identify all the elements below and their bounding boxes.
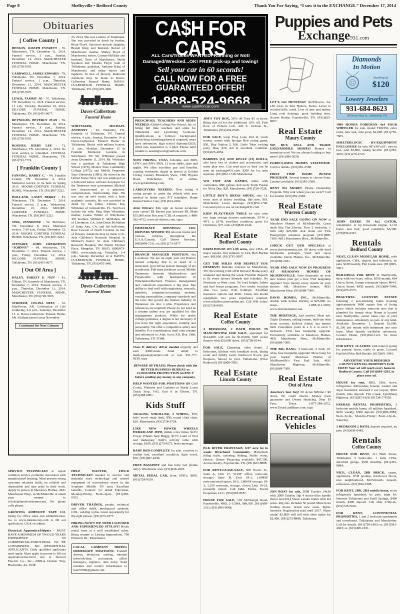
classified-ad: SERVICE TECHNICIAN to repair common serv… xyxy=(8,470,66,508)
obituary-county-header: [ Coffee County ] xyxy=(12,38,66,44)
obituary-entry: FANNING, HARRY C. - 84, Franklin County,… xyxy=(12,174,66,193)
classified-column-5: LET’S GO HUNTING!! $2,950/acre, 24-130 a… xyxy=(270,54,331,614)
classified-ad: BUILDINGS FOR RENT in Shelbyville, shop … xyxy=(336,273,397,292)
classified-ad: LOCAL COMPANY HIRING IMMEDIATE POSITIONS… xyxy=(71,543,129,574)
classified-ad: 3 BEDROOM 2 BATH, deposit required, no p… xyxy=(336,425,397,433)
classified-ad: YEAR END SALE NOW IN PROGRESS AT MEADOWS… xyxy=(270,266,331,293)
section-title: Real Estate xyxy=(203,369,268,378)
classified-ad: KIDS’ PLAY/TRAIN TABLE for sale, with tw… xyxy=(203,212,268,227)
classified-ad: JIM’S TOY BOX, 20% off Toys $5 or more. … xyxy=(203,117,268,132)
classified-ad: FARM HOUSE ON 1.86 acres, new CHA, all m… xyxy=(203,247,268,258)
obituary-county-header: [ Franklin County ] xyxy=(12,165,66,171)
classified-ad: NOW HIRING, CNA’s full-time and PRN, LPN… xyxy=(133,158,198,185)
land-plat-map xyxy=(270,54,331,97)
classified-column-4: JIM’S TOY BOX, 20% off Toys $5 or more. … xyxy=(200,117,268,614)
classified-ad: GET THE MILES AND RESPECT YOU DESERVE! R… xyxy=(203,262,268,308)
notice-ad: ADVERTISE YOUR BEDFORD COUNTY RENTAL PRO… xyxy=(336,359,397,378)
jewelry-ad-line2: In Motion xyxy=(338,64,395,71)
funeral-home-logo: Daves-CulbertsonFuneral Home xyxy=(71,94,125,120)
obituary-entry: 25, 2014. She was a native of Tullahoma.… xyxy=(71,36,125,92)
obituary-column-1: [ Coffee County ]BENSON, JOSEPH EVERETT … xyxy=(12,36,66,454)
classified-ad: WII UNIT AND GAMES, white with controlle… xyxy=(203,179,268,190)
classified-ad: FOR SALE, Leap Frog Leap Pad II, touch s… xyxy=(203,135,268,154)
section-subtitle: Maury County xyxy=(270,136,331,141)
classified-ad: Class D delivery driver needed urgently … xyxy=(133,346,198,361)
cash-ad-title: CA$H FOR CARS xyxy=(137,18,265,58)
cash-ad-slogan: Sell your car in 60 seconds! xyxy=(137,66,265,75)
section-header: Kids Stuff xyxy=(133,401,198,410)
classified-column-6: DiamondsIn MotionStarting at$120Lowery J… xyxy=(333,54,397,614)
river-photo xyxy=(203,385,268,444)
classified-column-1: SERVICE TECHNICIAN to repair common serv… xyxy=(8,470,66,614)
classified-ad: FREE BASSINET and free baby bed (frame o… xyxy=(133,463,198,471)
classified-ad: JON BOAT for sale, 2008 Tracker 14x36 wi… xyxy=(270,490,331,521)
ad-text: Kiddie College Pre-School, Inc. is hirin… xyxy=(135,123,196,153)
middle-section: CA$H FOR CARS ALL Cars/Trucks WANTED! Ru… xyxy=(133,14,268,614)
classified-ad: DRIVER TRAINER, people, technical and of… xyxy=(71,503,129,518)
steam-train-icon xyxy=(77,269,119,282)
section-title: Real Estate xyxy=(203,231,268,240)
section-subtitle: Coffee County xyxy=(336,445,397,450)
section-title: Rentals xyxy=(336,436,397,445)
right-classifieds: LET’S GO HUNTING!! $2,950/acre, 24-130 a… xyxy=(270,54,397,614)
classified-ad: HOUSE for rent, 3BD, 1BA, stove, refrige… xyxy=(336,381,397,400)
jewelry-brand: Lowery Jewelers xyxy=(339,95,394,104)
ad-text: - 81, Elkhart, IN, formerly of Mancheste… xyxy=(12,276,66,298)
obituary-entry: STEWART, JOHN CREIGHTON “JOHNNY” - 64, W… xyxy=(12,242,66,264)
header-rule xyxy=(270,44,397,48)
middle-classifieds: PRESCHOOL TEACHERS AND AIDES NEEDED. Kid… xyxy=(133,117,268,614)
classified-ad: THE BIG BANG, 3 bedroom, 2 bath, 16′ wid… xyxy=(270,348,331,371)
section-subtitle: Out of Area xyxy=(270,383,331,388)
section-header: Real EstateWarren County xyxy=(270,202,331,216)
ad-text: - 37, Tullahoma, TN. December 11, 2014. … xyxy=(12,97,66,115)
obituaries-section: Obituaries [ Coffee County ]BENSON, JOSE… xyxy=(8,14,129,456)
section-title: Rentals xyxy=(336,239,397,248)
cash-ad-call1: CALL NOW FOR A FREE xyxy=(137,75,265,84)
classified-ad: RENT NO MORE!! Home Ownership Program. W… xyxy=(270,187,331,198)
boat-photo xyxy=(270,434,331,488)
classified-ad: FARRAR RENTAL PROPERTIES, 2 bedroom mobi… xyxy=(336,403,397,422)
masthead-tagline: Thank You For Saying, “I saw it in the E… xyxy=(254,3,396,8)
obituary-entry: REYNOLDS, BEVERLY JEAN - 59, Manchester,… xyxy=(12,119,66,141)
classified-column-3: PRESCHOOL TEACHERS AND AIDES NEEDED. Kid… xyxy=(133,117,198,614)
obituaries-columns: [ Coffee County ]BENSON, JOSEPH EVERETT … xyxy=(9,36,128,454)
classified-ad: BABY BED-COMPLETE for sale, converts to … xyxy=(133,449,198,460)
ad-text: - 84, Franklin County, TN. December 4, 2… xyxy=(12,174,66,192)
cash-ad-url: www.cashforcar.com xyxy=(140,104,262,110)
ad-text: - 73, Manchester, TN. December 2, 2014. … xyxy=(12,144,66,162)
section-header: Real EstateMaury County xyxy=(270,127,331,141)
section-title: Real Estate xyxy=(203,311,268,320)
lowery-jewelers-ad: DiamondsIn MotionStarting at$120Lowery J… xyxy=(336,54,397,119)
ad-text: also have lots of clothes and accessorie… xyxy=(203,161,268,176)
section-title: Kids Stuff xyxy=(133,401,198,410)
newspaper-page: Page 8 Shelbyville • Bedford County Than… xyxy=(0,0,400,614)
section-header: Real EstateBedford County xyxy=(203,231,268,245)
classified-ad: FOR RENT, 2BD, 2BA mobile home, stove re… xyxy=(336,489,397,508)
gator-photo xyxy=(336,159,397,217)
obituary-entry: ROGERS, JERRY LEE - 73, Manchester, TN. … xyxy=(12,144,66,163)
ad-text: to repair common service problems associ… xyxy=(8,470,66,508)
classified-ad: DAVIS HOMES, INC., McMinnville, double w… xyxy=(270,296,331,311)
ad-text: - 76, Manchester, TN. December 11, 2014.… xyxy=(12,47,66,69)
classified-ad: HOUSE FOR RENT, 111 Ham Street, Tullahom… xyxy=(336,453,397,468)
section-title: Real Estate xyxy=(270,202,331,211)
obituary-entry: STIDHAM, CELINA DEES - 52, Mayflower, AR… xyxy=(12,301,66,320)
section-title-2: Vehicles xyxy=(270,422,331,431)
classified-ad: LIKE NEW POWER WHEELS HURRICANE JEEP, ri… xyxy=(133,427,198,446)
obituary-county-header: [ Out Of Area ] xyxy=(12,268,66,274)
classified-ad: HELP WANTED, FIELD TECHNICIAN needed to … xyxy=(71,470,129,501)
ad-text: - 59, Manchester, TN. December 10, 2014.… xyxy=(12,119,66,141)
ad-text: featuring a non-smoking home housing app… xyxy=(336,299,397,341)
ad-text: - 64, Winchester, TN. December 7, 2014. … xyxy=(12,246,66,264)
obituary-entry: WHITTAKER, MICHAEL ANTHONY - 62, Nashvil… xyxy=(71,125,125,266)
ad-text: 3 bedroom, 2 bath, 16′ wide, free heatpu… xyxy=(270,348,331,371)
classified-ad: CHECK OUT OUR SPECIALS at www.davishomes… xyxy=(270,244,331,263)
section-title: Real Estate xyxy=(270,127,331,136)
jewelry-price: $120 xyxy=(372,80,389,90)
obituary-entry: HOLLAND, CASEY BERRY - 83, Winchester, T… xyxy=(12,195,66,217)
left-classifieds: SERVICE TECHNICIAN to repair common serv… xyxy=(8,470,129,614)
obituary-entry: BENSON, JOSEPH EVERETT - 76, Manchester,… xyxy=(12,47,66,69)
funeral-home-logo: Daves-CulbertsonFuneral Home xyxy=(71,269,125,295)
steam-train-icon xyxy=(77,94,119,107)
obituaries-title: Obituaries xyxy=(13,18,125,34)
notice-ad: BEWARE OF FRAUD. Please check with the B… xyxy=(133,364,198,379)
classified-ad: WE BUY, SELL AND TRADE USED/MOBILE HOMES… xyxy=(270,143,331,158)
left-section: Obituaries [ Coffee County ]BENSON, JOSE… xyxy=(8,14,129,614)
ad-text: 25, 2014. She was a native of Tullahoma.… xyxy=(71,36,125,91)
ad-text: Your ad will reach every home in Bedford… xyxy=(339,366,395,377)
funeral-home-name-2: Funeral Home xyxy=(71,115,125,120)
section-header: Real EstateCoffee County xyxy=(203,311,268,325)
exchange-title: Exchange931.com xyxy=(270,30,397,43)
ad-text: needed to service and maintain store tec… xyxy=(71,473,129,499)
section-subtitle: Bedford County xyxy=(203,240,268,245)
section-header: RecreationalVehicles xyxy=(270,413,331,431)
classified-ad: LET’S GO HUNTING!! $2,950/acre, 24-130 a… xyxy=(270,101,331,124)
classified-ad: FOR RENT, 10 ACRES with natural spring f… xyxy=(336,344,397,355)
classified-ad: Attn: Drivers: $2k sign on bonus acceler… xyxy=(133,206,198,221)
classified-ad: JOGGING STROLLER, 3 WHEEL, $70; kids’ wo… xyxy=(133,412,198,423)
obituary-entry: LEWIS, TAMMY JO - 37, Tullahoma, TN. Dec… xyxy=(12,97,66,116)
classified-ad: BRANCH MANAGER POSITION. Six Locations. … xyxy=(133,251,198,343)
classified-ad: HOUSE FOR SALE, 105 McDougal Road, Fayet… xyxy=(203,498,268,509)
ad-text: - 52, Mayflower, AR. Celebration of Life… xyxy=(12,301,66,319)
classified-ad: GROWING ADHESIVE TAPE CO. hiring for off… xyxy=(8,511,66,526)
pendant-art xyxy=(344,71,361,94)
jewelry-phone: 931-684-8623 xyxy=(340,104,394,114)
classified-ad: FORECLOSED HOMES STATEWIDE. Call for det… xyxy=(270,162,331,170)
section-subtitle: Lincoln County xyxy=(203,377,268,382)
ad-text: Reliable Carriers in Manchester, TN. Now… xyxy=(203,266,268,308)
cash-ad-call2: GUARANTEED OFFER! xyxy=(137,84,265,93)
classified-ad: FOR SALE, Charming older home, 2 bedroom… xyxy=(203,346,268,365)
classified-ad: NEAT, CLEAN MODULAR HOME, with appliance… xyxy=(336,255,397,270)
ad-text: Six Locations. We are an eight year old … xyxy=(135,253,196,341)
classified-ad: PRESCHOOL TEACHERS AND AIDES NEEDED. Kid… xyxy=(133,117,198,155)
ad-text: hiring for office sales and administrati… xyxy=(8,515,66,526)
classified-ad: HELP WANTED FOR POSITIONS OF Grill Cooks… xyxy=(133,382,198,397)
funeral-home-name-2: Funeral Home xyxy=(71,289,125,294)
classified-ad: ELK RIVER FRONTAGE, 6.97 acre lot in sce… xyxy=(203,446,268,465)
classified-ad: IMMEDIATE OPENINGS: CDL DRIVERS NEEDED T… xyxy=(133,225,198,248)
classified-ad: Electrical Apprentice/Helpers - MUST HAV… xyxy=(8,529,66,567)
section-header: Real EstateOut of Area xyxy=(270,374,331,388)
classified-ad: BEAUTIFUL COUNTRY ESTATE featuring a non… xyxy=(336,295,397,341)
ad-text: at Meadows Homes of McMinnville. Great d… xyxy=(270,218,331,241)
exchange-domain: 931.com xyxy=(350,35,369,41)
section-header: RentalsCoffee County xyxy=(336,436,397,450)
classified-ad: THE HERITAGE, Just arrived. Must see. Tr… xyxy=(270,314,331,345)
section-subtitle: Bedford County xyxy=(336,248,397,253)
ad-text: windshield, 11 hp Kawasaki engine, 2,132… xyxy=(336,224,397,235)
jewelry-ad-middle: Starting at$120 xyxy=(338,71,395,94)
right-section: Puppies and Pets Exchange931.com LET’S G… xyxy=(270,14,397,614)
classified-ad: METAL PEDAL CAR, from 1950’s, $650. (931… xyxy=(133,474,198,482)
classified-ad: FIRST TIME HOME BUYER PROGRAM. Several h… xyxy=(270,172,331,183)
jewelry-address: 108 North Main St., Shelbyville, TN xyxy=(338,114,395,117)
classified-ad: NICE, CLEAN, 2BD BRICK, carpet, applianc… xyxy=(336,471,397,486)
classified-ad: YEAR END SALE GOING ON NOW at Meadows Ho… xyxy=(270,218,331,241)
classified-ad: 1988 HONDA FOREMAN 4x4 FOUR WHEELER for … xyxy=(336,123,397,138)
puppies-title: Puppies and Pets xyxy=(270,14,397,30)
obituary-entry: CARDWELL, JAMES EDWARD - 79, Tullahoma, … xyxy=(12,72,66,94)
section-header: RentalsBedford County xyxy=(336,239,397,253)
section-header: Real EstateLincoln County xyxy=(203,369,268,383)
classified-ad: JOHN DEERE TS 4x2 GATOR, windshield, 11 … xyxy=(336,220,397,235)
ad-text: Just arrived. Must see. Triple Dormers, … xyxy=(270,314,331,344)
ad-text: Forklift drivers, inventory, sorting, in… xyxy=(73,549,127,572)
ad-text: - 62, Nashville, TN, formerly of Tullaho… xyxy=(71,128,125,265)
ad-text: full-time and PRN, LPN’s and RN’s PRN, 1… xyxy=(133,158,198,184)
cash-for-cars-ad: CA$H FOR CARS ALL Cars/Trucks WANTED! Ru… xyxy=(133,14,268,112)
classified-column-2: HELP WANTED, FIELD TECHNICIAN needed to … xyxy=(68,470,129,614)
classified-ad: BARBIES (31) AND KELLY (13) DOLLS, also … xyxy=(203,157,268,176)
classified-ad: HIRING NOW!! WE NEED LICENSED AND EXPERI… xyxy=(71,521,129,540)
page-number: Page 8 xyxy=(7,3,20,8)
newspaper-sheet: Page 8 Shelbyville • Bedford County Than… xyxy=(0,0,400,614)
classified-ad: FOR RENT-LEASE-SALE, 508 Norris St., Sui… xyxy=(203,469,268,496)
obituary-entry: SINK, JENNIFFER - 52, Belvidere, TN. Dec… xyxy=(12,221,66,240)
section-subtitle: Warren County xyxy=(270,211,331,216)
ad-text: Call for details. (931)381-2568. xyxy=(270,165,312,169)
classified-ad: CAREGIVERS NEEDED. Now hiring 4 caring p… xyxy=(133,188,198,203)
section-title: Real Estate xyxy=(270,374,331,383)
jewelry-price-block: Starting at$120 xyxy=(372,76,389,90)
ad-text: MUST HAVE A MINIMUM OF TWO (2) YEARS EXP… xyxy=(8,529,66,567)
ad-text: - 79, Tullahoma, TN. December 7, 2014. F… xyxy=(12,72,66,94)
classified-ad: LITTLE BOY’S DRESS SHOES, size 13, worn … xyxy=(203,194,268,209)
masthead-location: Shelbyville • Bedford County xyxy=(71,3,127,8)
classified-ad: SHELTERLOGIC RV/EQUIPMENT ENCLOSURE for … xyxy=(336,141,397,156)
ad-text: - 52, Belvidere, TN. December 9, 2014. M… xyxy=(12,221,66,239)
classified-ad: FOR RENT, CONTINENTAL PROPERTIES, 1 and … xyxy=(336,511,397,530)
ad-text: 2008 Tracker 14x36 with 2009 Tahatsu 5hp… xyxy=(270,490,331,520)
section-subtitle: Coffee County xyxy=(203,320,268,325)
ad-text: 508 Norris St., Suite A, Unit 17, 512SF … xyxy=(203,469,268,495)
hunting-land-ad: LET’S GO HUNTING!! $2,950/acre, 24-130 a… xyxy=(270,54,331,123)
continued-note: Continued On Next Column xyxy=(15,323,63,329)
masthead: Page 8 Shelbyville • Bedford County Than… xyxy=(7,3,396,8)
ad-text: - 83, Winchester, TN. December 7, 2014. … xyxy=(12,195,66,217)
puppies-pets-exchange-header: Puppies and Pets Exchange931.com xyxy=(270,14,397,51)
obituary-column-2: 25, 2014. She was a native of Tullahoma.… xyxy=(68,36,125,454)
classified-ad: America’s best buy! 20 Acres $99/mo.! $0… xyxy=(270,391,331,410)
obituary-entry: HALEY, FOREST E. “ED” - 81, Elkhart, IN,… xyxy=(12,276,66,298)
diamond-pendant-icon xyxy=(344,71,361,91)
classified-ad: 4 BEDROOM, 2 BATH HOUSE IN MANCHESTER FO… xyxy=(203,328,268,343)
ad-text: $2,950/acre, 24-130 acres in Teal Hollow… xyxy=(270,101,331,124)
